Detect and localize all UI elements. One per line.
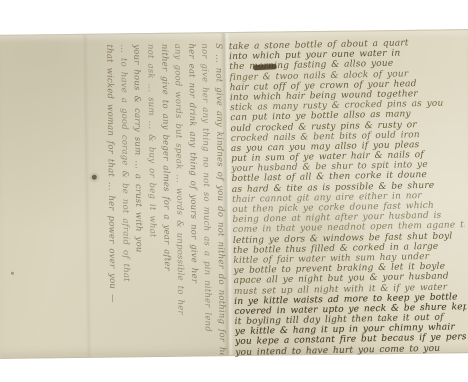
letter-paper: S ... not give any kindnes of you do not…	[0, 29, 468, 359]
wormhole-spot	[92, 175, 97, 180]
manuscript-photograph: S ... not give any kindnes of you do not…	[0, 30, 468, 356]
left-leaf-crease	[82, 35, 92, 357]
main-text-block: take a stone bottle of about a quartinto…	[229, 37, 468, 360]
marginal-note-block: S ... not give any kindnes of you do not…	[100, 43, 228, 356]
paper-speck	[11, 272, 14, 275]
